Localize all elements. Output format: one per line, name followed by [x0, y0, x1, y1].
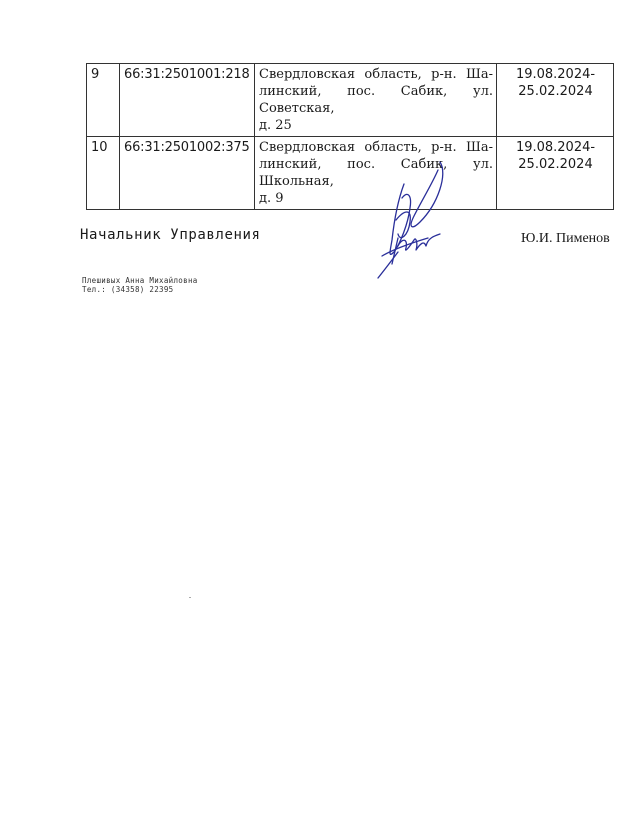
- scan-speck: [189, 597, 191, 598]
- period-end: 25.02.2024: [501, 156, 610, 173]
- address-line: Свердловская область, р-н. Ша-: [259, 66, 493, 83]
- document-page: 9 66:31:2501001:218 Свердловская область…: [0, 0, 637, 825]
- executor-name: Плешивых Анна Михайловна: [82, 276, 198, 285]
- executor-info: Плешивых Анна Михайловна Тел.: (34358) 2…: [82, 276, 198, 294]
- address-line: д. 25: [259, 117, 493, 134]
- signer-name: Ю.И. Пименов: [521, 231, 610, 247]
- address-line: Свердловская область, р-н. Ша-: [259, 139, 493, 156]
- period-end: 25.02.2024: [501, 83, 610, 100]
- handwritten-signature-icon: [368, 160, 468, 280]
- period-start: 19.08.2024-: [501, 66, 610, 83]
- row-number: 10: [87, 137, 120, 210]
- signer-position: Начальник Управления: [80, 227, 261, 243]
- table-row: 10 66:31:2501002:375 Свердловская област…: [87, 137, 614, 210]
- row-number: 9: [87, 64, 120, 137]
- address-line: линский, пос. Сабик, ул. Советская,: [259, 83, 493, 117]
- cadastral-number: 66:31:2501001:218: [120, 64, 255, 137]
- executor-phone: Тел.: (34358) 22395: [82, 285, 198, 294]
- address-cell: Свердловская область, р-н. Ша- линский, …: [255, 64, 497, 137]
- period-cell: 19.08.2024- 25.02.2024: [497, 137, 614, 210]
- cadastral-number: 66:31:2501002:375: [120, 137, 255, 210]
- table-row: 9 66:31:2501001:218 Свердловская область…: [87, 64, 614, 137]
- parcels-table: 9 66:31:2501001:218 Свердловская область…: [86, 63, 614, 210]
- period-cell: 19.08.2024- 25.02.2024: [497, 64, 614, 137]
- period-start: 19.08.2024-: [501, 139, 610, 156]
